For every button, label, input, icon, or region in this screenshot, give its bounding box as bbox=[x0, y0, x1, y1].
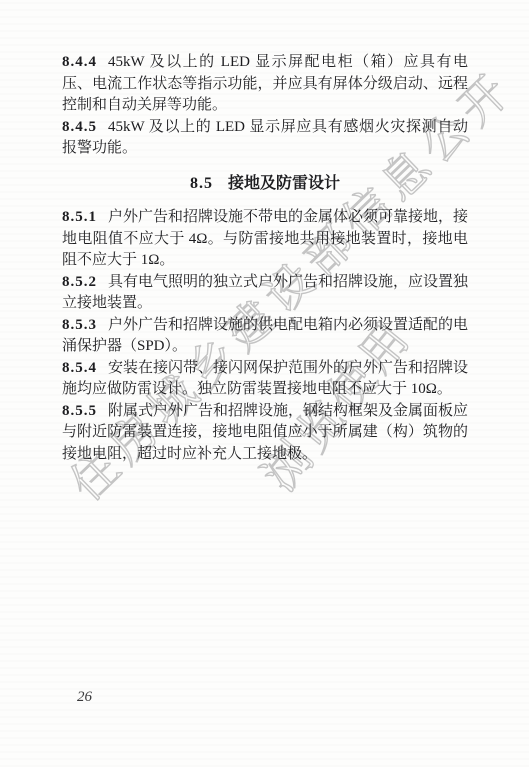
clause-number: 8.5.4 bbox=[62, 360, 97, 376]
clause-number: 8.5.5 bbox=[62, 403, 97, 419]
clause-number: 8.5.2 bbox=[62, 274, 97, 290]
document-page: 住房城乡建设部信息公开 浏览使用 8.4.445kW 及以上的 LED 显示屏配… bbox=[0, 0, 529, 767]
clause-text: 户外广告和招牌设施的供电配电箱内必须设置适配的电涌保护器（SPD）。 bbox=[62, 317, 468, 355]
clause-number: 8.4.4 bbox=[62, 54, 97, 70]
section-heading-title: 接地及防雷设计 bbox=[228, 175, 340, 192]
clause-8-5-3: 8.5.3户外广告和招牌设施的供电配电箱内必须设置适配的电涌保护器（SPD）。 bbox=[62, 315, 468, 358]
section-heading-8-5: 8.5接地及防雷设计 bbox=[62, 173, 468, 195]
clause-text: 45kW 及以上的 LED 显示屏应具有感烟火灾探测自动报警功能。 bbox=[62, 119, 468, 157]
clause-text: 45kW 及以上的 LED 显示屏配电柜（箱）应具有电压、电流工作状态等指示功能… bbox=[62, 54, 468, 113]
clause-8-5-4: 8.5.4安装在接闪带、接闪网保护范围外的户外广告和招牌设施均应做防雷设计。独立… bbox=[62, 358, 468, 401]
clause-8-5-5: 8.5.5附属式户外广告和招牌设施，钢结构框架及金属面板应与附近防雷装置连接，接… bbox=[62, 401, 468, 466]
clause-number: 8.4.5 bbox=[62, 119, 97, 135]
clause-text: 具有电气照明的独立式户外广告和招牌设施，应设置独立接地装置。 bbox=[62, 274, 468, 312]
clause-text-block: 8.4.445kW 及以上的 LED 显示屏配电柜（箱）应具有电压、电流工作状态… bbox=[62, 52, 468, 465]
clause-8-5-1: 8.5.1户外广告和招牌设施不带电的金属体必须可靠接地，接地电阻值不应大于 4Ω… bbox=[62, 207, 468, 272]
page-number: 26 bbox=[77, 689, 92, 706]
clause-text: 附属式户外广告和招牌设施，钢结构框架及金属面板应与附近防雷装置连接，接地电阻值应… bbox=[62, 403, 468, 462]
clause-number: 8.5.1 bbox=[62, 209, 97, 225]
section-heading-number: 8.5 bbox=[190, 175, 213, 192]
clause-text: 户外广告和招牌设施不带电的金属体必须可靠接地，接地电阻值不应大于 4Ω。与防雷接… bbox=[62, 209, 468, 268]
clause-8-5-2: 8.5.2具有电气照明的独立式户外广告和招牌设施，应设置独立接地装置。 bbox=[62, 272, 468, 315]
clause-text: 安装在接闪带、接闪网保护范围外的户外广告和招牌设施均应做防雷设计。独立防雷装置接… bbox=[62, 360, 468, 398]
clause-number: 8.5.3 bbox=[62, 317, 97, 333]
clause-8-4-5: 8.4.545kW 及以上的 LED 显示屏应具有感烟火灾探测自动报警功能。 bbox=[62, 117, 468, 160]
clause-8-4-4: 8.4.445kW 及以上的 LED 显示屏配电柜（箱）应具有电压、电流工作状态… bbox=[62, 52, 468, 117]
